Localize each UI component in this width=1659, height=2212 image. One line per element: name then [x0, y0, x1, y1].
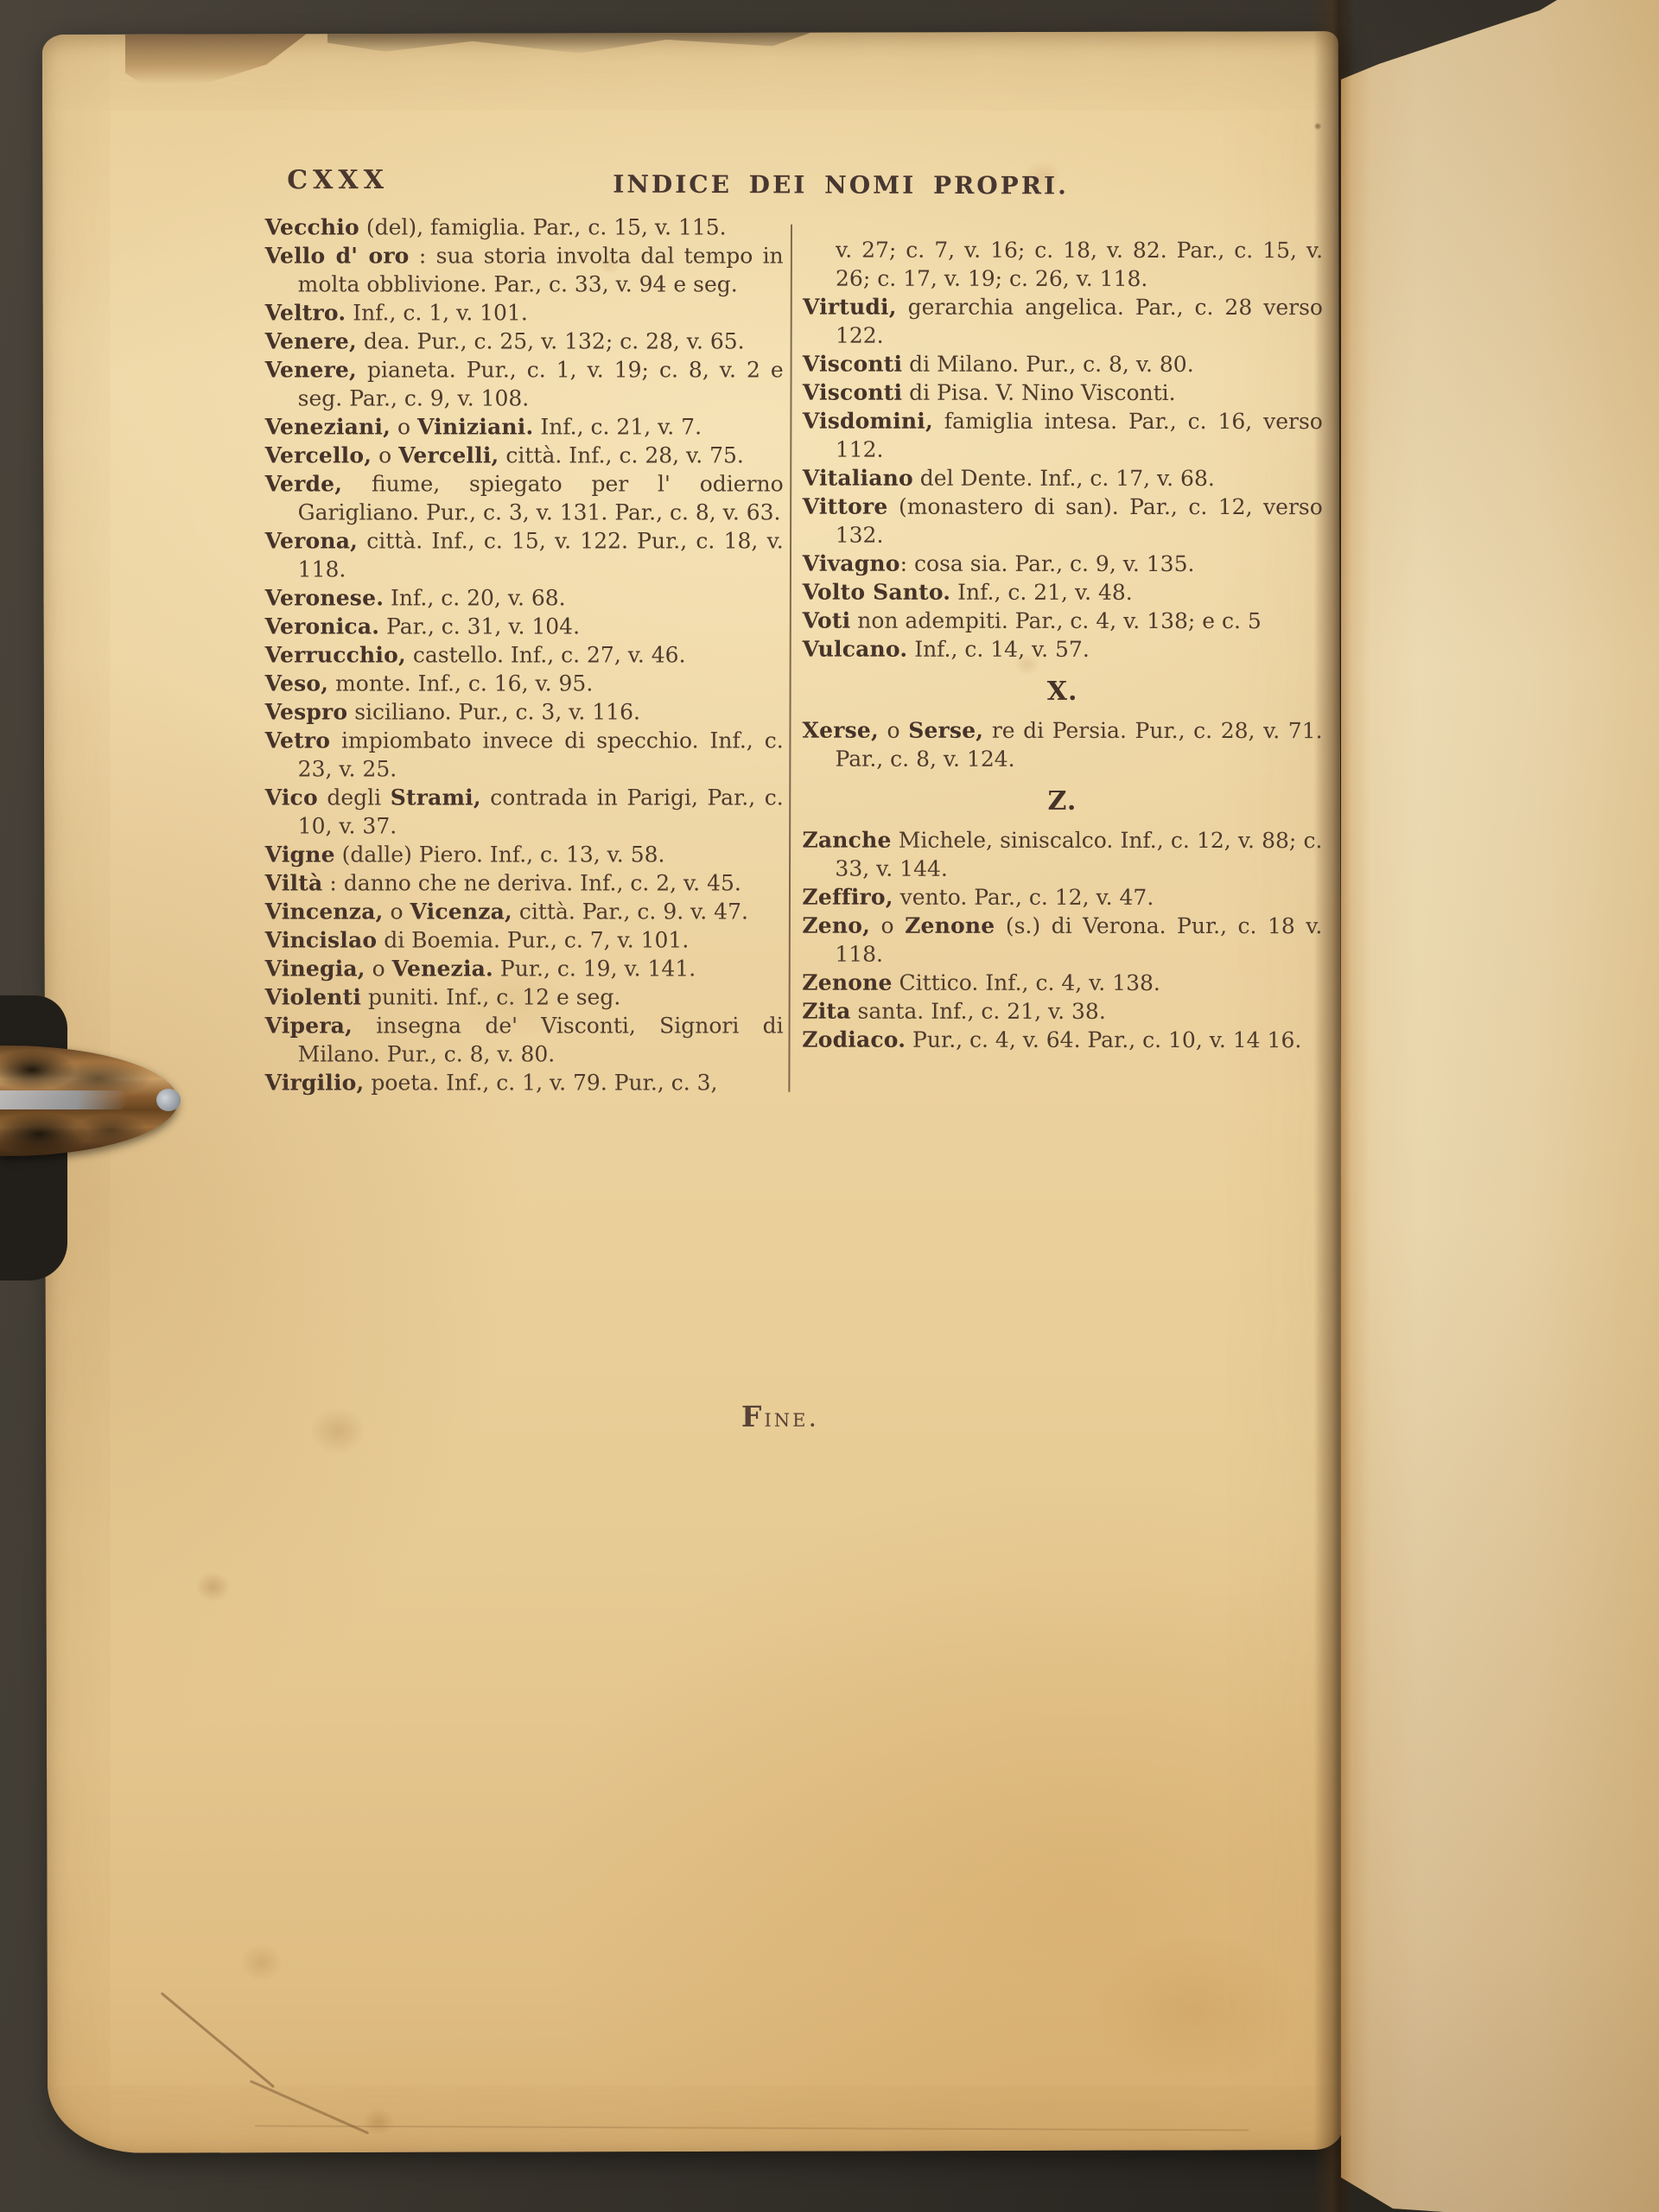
entry-text: Pur., c. 19, v. 141.	[493, 957, 696, 982]
index-entry: Xerse, o Serse, re di Persia. Pur., c. 2…	[803, 716, 1323, 774]
entry-headword: Virtudi,	[803, 295, 897, 320]
entry-text: impiombato invece di specchio. Inf., c. …	[298, 728, 784, 782]
entry-text: città. Inf., c. 28, v. 75.	[499, 443, 743, 468]
paper-crease	[161, 1992, 275, 2088]
index-entry: Vipera, insegna de' Visconti, Signori di…	[265, 1012, 784, 1069]
entry-text: città. Par., c. 9. v. 47.	[512, 899, 748, 925]
index-entry: Veronica. Par., c. 31, v. 104.	[265, 613, 784, 641]
index-entry: Vivagno: cosa sia. Par., c. 9, v. 135.	[803, 550, 1323, 579]
entry-headword: Zeno,	[802, 913, 870, 938]
entry-headword: Veneziani,	[265, 415, 391, 440]
entry-headword: Veso,	[265, 671, 328, 696]
entry-text: o	[384, 899, 410, 925]
index-entry: Vulcano. Inf., c. 14, v. 57.	[803, 635, 1323, 664]
entry-text: (del), famiglia. Par., c. 15, v. 115.	[359, 215, 727, 240]
index-entry: Veneziani, o Viniziani. Inf., c. 21, v. …	[265, 413, 784, 442]
entry-text: o	[879, 718, 908, 743]
index-entry: Verona, città. Inf., c. 15, v. 122. Pur.…	[265, 527, 784, 584]
book-page: CXXX INDICE DEI NOMI PROPRI. Vecchio (de…	[42, 31, 1344, 2153]
index-entry: Visconti di Milano. Pur., c. 8, v. 80.	[803, 350, 1323, 379]
entry-text: o	[391, 415, 417, 440]
index-entry: Zeno, o Zenone (s.) di Verona. Pur., c. …	[802, 912, 1322, 969]
entry-headword: Xerse,	[803, 718, 879, 743]
index-entry: Vinegia, o Venezia. Pur., c. 19, v. 141.	[265, 955, 784, 983]
entry-text: v. 27; c. 7, v. 16; c. 18, v. 82. Par., …	[836, 238, 1323, 291]
index-entry: Virgilio, poeta. Inf., c. 1, v. 79. Pur.…	[265, 1069, 784, 1097]
entry-text: vento. Par., c. 12, v. 47.	[893, 885, 1154, 910]
entry-headword: Vespro	[265, 700, 348, 725]
entry-text: Par., c. 31, v. 104.	[379, 614, 580, 639]
index-entry: Veronese. Inf., c. 20, v. 68.	[265, 584, 784, 613]
entry-text: di Pisa. V. Nino Visconti.	[902, 380, 1175, 405]
entry-text: (dalle) Piero. Inf., c. 13, v. 58.	[335, 842, 665, 868]
entry-text: o	[870, 913, 905, 938]
entry-text: fiume, spiegato per l' odierno Gariglian…	[298, 472, 784, 525]
pen-nib-tip	[156, 1089, 181, 1111]
index-entry: Vico degli Strami, contrada in Parigi, P…	[265, 784, 784, 841]
entry-text: castello. Inf., c. 27, v. 46.	[406, 643, 686, 668]
entry-headword: Veltro.	[265, 301, 346, 326]
fine-label: Fine.	[642, 1399, 918, 1433]
entry-text: gerarchia angelica. Par., c. 28 verso 12…	[836, 295, 1323, 348]
entry-headword: Zenone	[802, 970, 892, 995]
entry-headword: Vercelli,	[398, 443, 499, 468]
right-column: v. 27; c. 7, v. 16; c. 18, v. 82. Par., …	[802, 236, 1323, 1055]
entry-text: non adempiti. Par., c. 4, v. 138; e c. 5	[850, 608, 1262, 633]
entry-text: Pur., c. 4, v. 64. Par., c. 10, v. 14 16…	[906, 1027, 1301, 1052]
entry-headword: Venere,	[265, 329, 357, 354]
entry-headword: Zita	[802, 999, 850, 1024]
next-page-shading	[1341, 0, 1659, 2212]
entry-headword: Zenone	[905, 913, 995, 938]
entry-text: : danno che ne deriva. Inf., c. 2, v. 45…	[322, 871, 741, 896]
entry-text: o	[372, 443, 398, 468]
entry-text: Inf., c. 21, v. 48.	[950, 580, 1133, 605]
index-entry: Vincenza, o Vicenza, città. Par., c. 9. …	[265, 898, 784, 926]
entry-text: degli	[318, 785, 391, 810]
index-entry: Venere, pianeta. Pur., c. 1, v. 19; c. 8…	[265, 356, 784, 413]
index-entry: Virtudi, gerarchia angelica. Par., c. 28…	[803, 293, 1323, 351]
entry-headword: Viltà	[265, 871, 323, 896]
index-entry: Voti non adempiti. Par., c. 4, v. 138; e…	[803, 607, 1323, 636]
page-number: CXXX	[287, 165, 389, 195]
entry-text: Inf., c. 1, v. 101.	[346, 301, 528, 326]
entry-text: puniti. Inf., c. 12 e seg.	[361, 985, 620, 1010]
fine-initial: F	[741, 1400, 765, 1433]
entry-headword: Vico	[265, 785, 318, 810]
index-entry: Vercello, o Vercelli, città. Inf., c. 28…	[265, 442, 784, 470]
entry-headword: Visconti	[803, 352, 902, 377]
index-entry: Verde, fiume, spiegato per l' odierno Ga…	[265, 470, 784, 527]
entry-text: Michele, siniscalco. Inf., c. 12, v. 88;…	[835, 828, 1322, 881]
entry-headword: Virgilio,	[265, 1071, 365, 1096]
entry-headword: Veronese.	[265, 586, 384, 611]
entry-text: dea. Pur., c. 25, v. 132; c. 28, v. 65.	[357, 329, 745, 354]
entry-headword: Vigne	[265, 842, 335, 868]
index-entry: Vittore (monastero di san). Par., c. 12,…	[803, 493, 1323, 550]
pen-nib	[0, 1046, 178, 1156]
entry-headword: Zodiaco.	[802, 1027, 906, 1052]
entry-text: Inf., c. 21, v. 7.	[533, 415, 702, 440]
entry-text: monte. Inf., c. 16, v. 95.	[328, 671, 593, 696]
index-entry: Volto Santo. Inf., c. 21, v. 48.	[803, 578, 1323, 607]
entry-headword: Vello d' oro	[265, 244, 410, 269]
section-heading: X.	[803, 677, 1323, 707]
scan-background: { "page": { "page_number": "CXXX", "head…	[0, 0, 1659, 2212]
section-heading: Z.	[802, 787, 1322, 817]
entry-headword: Visdomini,	[803, 409, 933, 434]
index-entry: Zanche Michele, siniscalco. Inf., c. 12,…	[802, 826, 1322, 884]
entry-text: del Dente. Inf., c. 17, v. 68.	[913, 466, 1215, 491]
entry-headword: Strami,	[391, 785, 481, 810]
entry-text: Cittico. Inf., c. 4, v. 138.	[893, 970, 1160, 995]
entry-text: (monastero di san). Par., c. 12, verso 1…	[836, 494, 1323, 548]
entry-text: siciliano. Pur., c. 3, v. 116.	[347, 700, 640, 725]
index-entry: Vello d' oro : sua storia involta dal te…	[265, 242, 784, 299]
entry-continuation: v. 27; c. 7, v. 16; c. 18, v. 82. Par., …	[803, 236, 1323, 294]
index-entry: Visconti di Pisa. V. Nino Visconti.	[803, 378, 1323, 408]
index-entry: Zenone Cittico. Inf., c. 4, v. 138.	[802, 969, 1322, 998]
entry-headword: Voti	[803, 608, 851, 633]
torn-edge-chip	[125, 34, 307, 90]
index-entry: Vincislao di Boemia. Pur., c. 7, v. 101.	[265, 926, 784, 955]
index-entry: Vigne (dalle) Piero. Inf., c. 13, v. 58.	[265, 841, 784, 869]
entry-headword: Volto Santo.	[803, 580, 951, 605]
entry-headword: Veronica.	[265, 614, 379, 639]
entry-headword: Verrucchio,	[265, 643, 406, 668]
paper-crease	[255, 2125, 1249, 2131]
entry-text: santa. Inf., c. 21, v. 38.	[851, 999, 1106, 1024]
entry-headword: Venere,	[265, 358, 357, 383]
entry-headword: Visconti	[803, 380, 902, 405]
entry-headword: Verona,	[265, 529, 358, 554]
index-entry: Violenti puniti. Inf., c. 12 e seg.	[265, 983, 784, 1012]
index-entry: Vespro siciliano. Pur., c. 3, v. 116.	[265, 698, 784, 727]
entry-text: di Milano. Pur., c. 8, v. 80.	[902, 352, 1193, 377]
column-divider	[788, 225, 792, 1092]
entry-headword: Venezia.	[392, 957, 493, 982]
entry-headword: Vitaliano	[803, 466, 913, 491]
entry-headword: Violenti	[265, 985, 361, 1010]
entry-headword: Serse,	[908, 718, 983, 743]
entry-headword: Vercello,	[265, 443, 372, 468]
index-entry: Zita santa. Inf., c. 21, v. 38.	[802, 997, 1322, 1027]
pen-nib-slit	[0, 1090, 128, 1109]
entry-text: o	[365, 957, 392, 982]
index-entry: Verrucchio, castello. Inf., c. 27, v. 46…	[265, 641, 784, 670]
index-entry: Veso, monte. Inf., c. 16, v. 95.	[265, 670, 784, 698]
entry-headword: Vicenza,	[410, 899, 512, 925]
index-entry: Vitaliano del Dente. Inf., c. 17, v. 68.	[803, 464, 1323, 493]
entry-headword: Vinegia,	[265, 957, 365, 982]
torn-edge-detail	[327, 33, 811, 56]
entry-headword: Vipera,	[265, 1014, 353, 1039]
entry-headword: Vittore	[803, 494, 888, 519]
entry-text: Inf., c. 14, v. 57.	[907, 637, 1090, 662]
index-entry: Vecchio (del), famiglia. Par., c. 15, v.…	[265, 213, 784, 242]
index-entry: Veltro. Inf., c. 1, v. 101.	[265, 299, 784, 327]
entry-text: pianeta. Pur., c. 1, v. 19; c. 8, v. 2 e…	[298, 358, 784, 411]
entry-text: poeta. Inf., c. 1, v. 79. Pur., c. 3,	[364, 1071, 717, 1096]
entry-text: Inf., c. 20, v. 68.	[384, 586, 566, 611]
entry-text: di Boemia. Pur., c. 7, v. 101.	[377, 928, 689, 953]
entry-headword: Zanche	[802, 828, 891, 853]
entry-headword: Viniziani.	[417, 415, 533, 440]
entry-headword: Vincenza,	[265, 899, 384, 925]
index-entry: Zeffiro, vento. Par., c. 12, v. 47.	[802, 883, 1322, 912]
index-entry: Vetro impiombato invece di specchio. Inf…	[265, 727, 784, 784]
entry-headword: Vetro	[265, 728, 330, 753]
entry-text: città. Inf., c. 15, v. 122. Pur., c. 18,…	[298, 529, 784, 582]
page-title: INDICE DEI NOMI PROPRI.	[613, 170, 1069, 200]
entry-text: : cosa sia. Par., c. 9, v. 135.	[900, 551, 1195, 576]
entry-headword: Vincislao	[265, 928, 378, 953]
entry-headword: Zeffiro,	[802, 885, 893, 910]
entry-text: insegna de' Visconti, Signori di Milano.…	[298, 1014, 784, 1067]
left-column: Vecchio (del), famiglia. Par., c. 15, v.…	[265, 213, 784, 1097]
index-entry: Zodiaco. Pur., c. 4, v. 64. Par., c. 10,…	[802, 1026, 1322, 1055]
index-entry: Venere, dea. Pur., c. 25, v. 132; c. 28,…	[265, 327, 784, 356]
index-entry: Viltà : danno che ne deriva. Inf., c. 2,…	[265, 869, 784, 898]
index-entry: Visdomini, famiglia intesa. Par., c. 16,…	[803, 407, 1323, 465]
entry-headword: Vivagno	[803, 551, 900, 576]
entry-headword: Vecchio	[265, 215, 359, 240]
entry-headword: Verde,	[265, 472, 342, 497]
entry-headword: Vulcano.	[803, 637, 908, 662]
next-page-edge	[1341, 0, 1659, 2212]
